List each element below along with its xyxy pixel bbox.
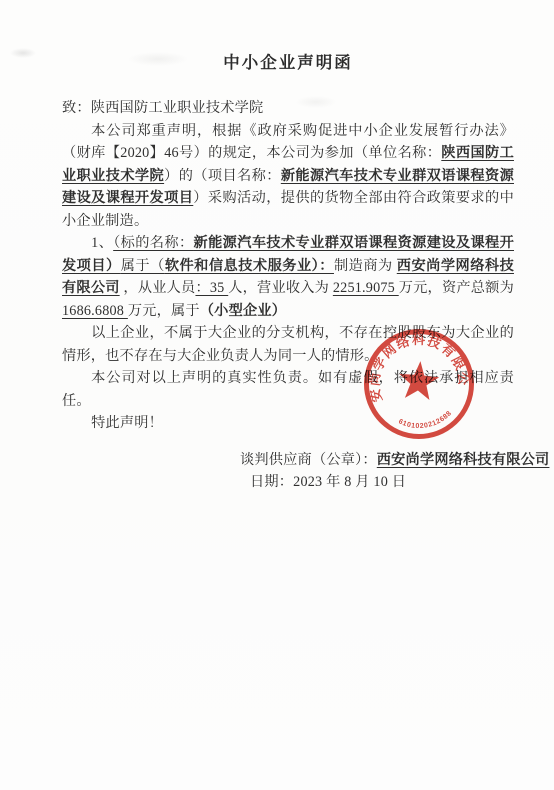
scanned-declaration-page: 中小企业声明函 致：陕西国防工业职业技术学院 本公司郑重声明，根据《政府采购促进… [0,0,554,790]
date-line: 日期：2023 年 8 月 10 日 [62,471,514,494]
document-title: 中小企业声明函 [62,46,514,73]
supplier-signature-line: 谈判供应商（公章）：西安尚学网络科技有限公司 [62,449,514,472]
paragraph-declaration: 本公司郑重声明，根据《政府采购促进中小企业发展暂行办法》（财库【2020】46号… [62,120,514,233]
scan-artifact [10,48,36,58]
signature-block: 谈判供应商（公章）：西安尚学网络科技有限公司 日期：2023 年 8 月 10 … [62,449,514,494]
paragraph-closing: 特此声明！ [62,412,514,435]
recipient-line: 致：陕西国防工业职业技术学院 [62,97,514,120]
paragraph-responsibility: 本公司对以上声明的真实性负责。如有虚假，将依法承担相应责任。 [62,367,514,412]
paragraph-enterprise-status: 以上企业，不属于大企业的分支机构，不存在控股股东为大企业的情形，也不存在与大企业… [62,322,514,367]
paragraph-subject-details: 1、（标的名称：新能源汽车技术专业群双语课程资源建设及课程开发项目）属于（软件和… [62,232,514,322]
document-body: 中小企业声明函 致：陕西国防工业职业技术学院 本公司郑重声明，根据《政府采购促进… [62,46,514,494]
